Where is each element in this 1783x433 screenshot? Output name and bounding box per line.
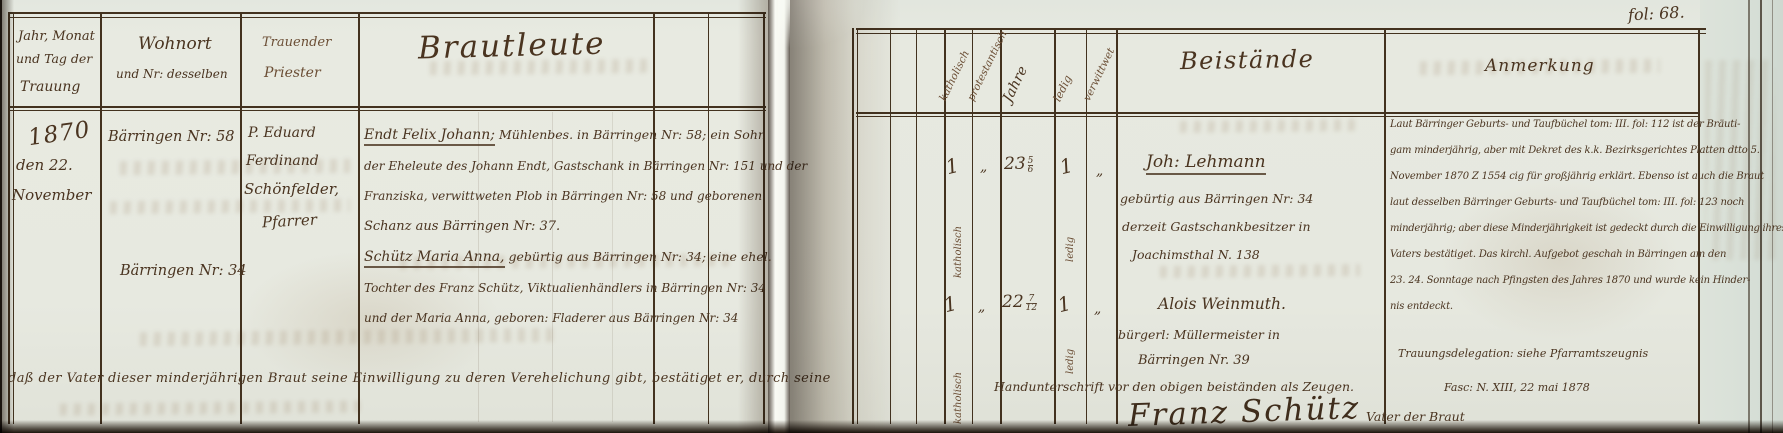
rule: [653, 12, 655, 424]
signature-role: Vater der Braut: [1366, 410, 1465, 423]
rule: [358, 12, 360, 424]
rule: [916, 28, 917, 424]
witness1-line3: derzeit Gastschankbesitzer in: [1122, 220, 1311, 233]
groom-line3: Franziska, verwittweten Plob in Bärringe…: [364, 190, 762, 203]
witness2-name: Alois Weinmuth.: [1158, 296, 1286, 312]
rule: [856, 33, 1706, 34]
rule: [856, 28, 1706, 30]
entry-residence-groom: Bärringen Nr: 58: [108, 130, 235, 145]
groom-widowed-mark: „: [1096, 164, 1103, 179]
bride-years-denominator: 12: [1026, 303, 1037, 312]
groom-years-denominator: 6: [1028, 165, 1034, 174]
groom-years-numerator: 5: [1028, 157, 1034, 165]
entry-day: den 22.: [16, 158, 73, 174]
rule: [1116, 28, 1118, 424]
witness2-line3: Bärringen Nr. 39: [1138, 354, 1250, 368]
entry-priest-line1: P. Eduard: [248, 126, 316, 141]
remark-line9: Trauungsdelegation: siehe Pfarramtszeugn…: [1398, 348, 1648, 360]
next-page-fold-line: [1760, 0, 1762, 433]
witness1-line4: Joachimsthal N. 138: [1132, 248, 1260, 261]
entry-priest-line3: Schönfelder,: [244, 182, 339, 198]
bride-line2: Tochter des Franz Schütz, Viktualienhänd…: [364, 282, 766, 295]
rule: [890, 28, 891, 424]
bride-single-word: ledig: [1066, 349, 1077, 374]
entry-residence-bride: Bärringen Nr: 34: [120, 264, 247, 279]
witness1-name-text: Joh: Lehmann: [1146, 152, 1266, 175]
bleedthrough-smudge: [1180, 119, 1360, 133]
witness1-name: Joh: Lehmann: [1146, 154, 1266, 172]
bride-catholic-word: katholisch: [954, 372, 965, 424]
header-date-line2: und Tag der: [16, 52, 92, 65]
bride-years-whole: 22: [1002, 292, 1024, 312]
register-scan: Jahr, Monat und Tag der Trauung Wohnort …: [0, 0, 1783, 433]
header-remarks: Anmerkung: [1485, 58, 1595, 76]
groom-line2: der Eheleute des Johann Endt, Gastschank…: [364, 160, 807, 173]
groom-protestant-mark: „: [980, 160, 987, 175]
bride-protestant-mark: „: [978, 300, 985, 315]
remark-line3: November 1870 Z 1554 cig für großjährig …: [1390, 172, 1764, 183]
entry-month: November: [12, 188, 91, 204]
bride-line1: Schütz Maria Anna, gebürtig aus Bärringe…: [364, 250, 772, 265]
witness2-line2: bürgerl: Müllermeister in: [1118, 328, 1280, 341]
groom-single-word: ledig: [1066, 237, 1077, 262]
header-date-line1: Jahr, Monat: [18, 30, 95, 44]
remark-line8: nis entdeckt.: [1390, 302, 1453, 313]
page-gutter: [766, 0, 792, 433]
header-residence-line2: und Nr: desselben: [116, 68, 228, 81]
bride-widowed-mark: „: [1094, 302, 1101, 317]
rule: [857, 28, 858, 424]
bride-years-numerator: 7: [1026, 295, 1037, 303]
remark-line10: Fasc: N. XIII, 22 mai 1878: [1444, 382, 1590, 394]
rule: [240, 12, 242, 424]
remark-line2: gam minderjährig, aber mit Dekret des k.…: [1390, 146, 1760, 157]
rule: [763, 12, 765, 424]
folio-number: fol: 68.: [1628, 5, 1685, 25]
header-date-line3: Trauung: [20, 80, 80, 95]
remark-line1: Laut Bärringer Geburts- und Taufbüchel t…: [1390, 120, 1740, 131]
remark-line4: laut desselben Bärringer Geburts- und Ta…: [1390, 198, 1744, 209]
bride-years: 22712: [1002, 294, 1037, 312]
consent-note: daß der Vater dieser minderjährigen Brau…: [8, 372, 831, 386]
remark-line7: 23. 24. Sonntage nach Pfingsten des Jahr…: [1390, 276, 1750, 287]
next-page-fold-line: [1772, 0, 1773, 433]
rule: [708, 12, 709, 424]
groom-line1-rest: Mühlenbes. in Bärringen Nr: 58; ein Sohn: [495, 127, 766, 142]
header-residence-line1: Wohnort: [138, 36, 212, 54]
entry-priest-line2: Ferdinand: [246, 154, 319, 169]
rule: [1000, 28, 1002, 424]
groom-line4: Schanz aus Bärringen Nr: 37.: [364, 220, 560, 234]
rule: [856, 116, 1700, 117]
remark-line5: minderjährig; aber diese Minderjährigkei…: [1390, 224, 1783, 235]
rule: [852, 28, 854, 424]
header-priest-line2: Priester: [264, 66, 321, 81]
header-witnesses: Beistände: [1180, 47, 1315, 75]
rule: [1384, 28, 1386, 424]
groom-name: Endt Felix Johann;: [364, 127, 495, 146]
groom-catholic-word: katholisch: [954, 226, 965, 278]
groom-line1: Endt Felix Johann; Mühlenbes. in Bärring…: [364, 128, 766, 143]
header-brautleute: Brautleute: [418, 28, 606, 65]
rule: [100, 12, 102, 424]
next-page-fold-line: [1748, 0, 1750, 433]
header-priest-line1: Trauender: [262, 36, 331, 50]
father-signature: Franz Schütz: [1128, 392, 1361, 433]
bride-line3: und der Maria Anna, geboren: Fladerer au…: [364, 312, 738, 325]
remark-line6: Vaters bestätiget. Das kirchl. Aufgebot …: [1390, 250, 1726, 261]
rule: [13, 12, 14, 424]
bleedthrough-smudge: [1160, 264, 1360, 278]
bride-name: Schütz Maria Anna,: [364, 249, 505, 268]
entry-priest-line4: Pfarrer: [262, 213, 318, 232]
witness1-line2: gebürtig aus Bärringen Nr: 34: [1120, 192, 1313, 205]
groom-years-whole: 23: [1004, 154, 1026, 174]
bride-line1-rest: gebürtig aus Bärringen Nr: 34; eine ehel…: [505, 249, 772, 264]
rule: [8, 12, 10, 424]
groom-years: 2356: [1004, 156, 1033, 174]
rule: [856, 112, 1700, 114]
